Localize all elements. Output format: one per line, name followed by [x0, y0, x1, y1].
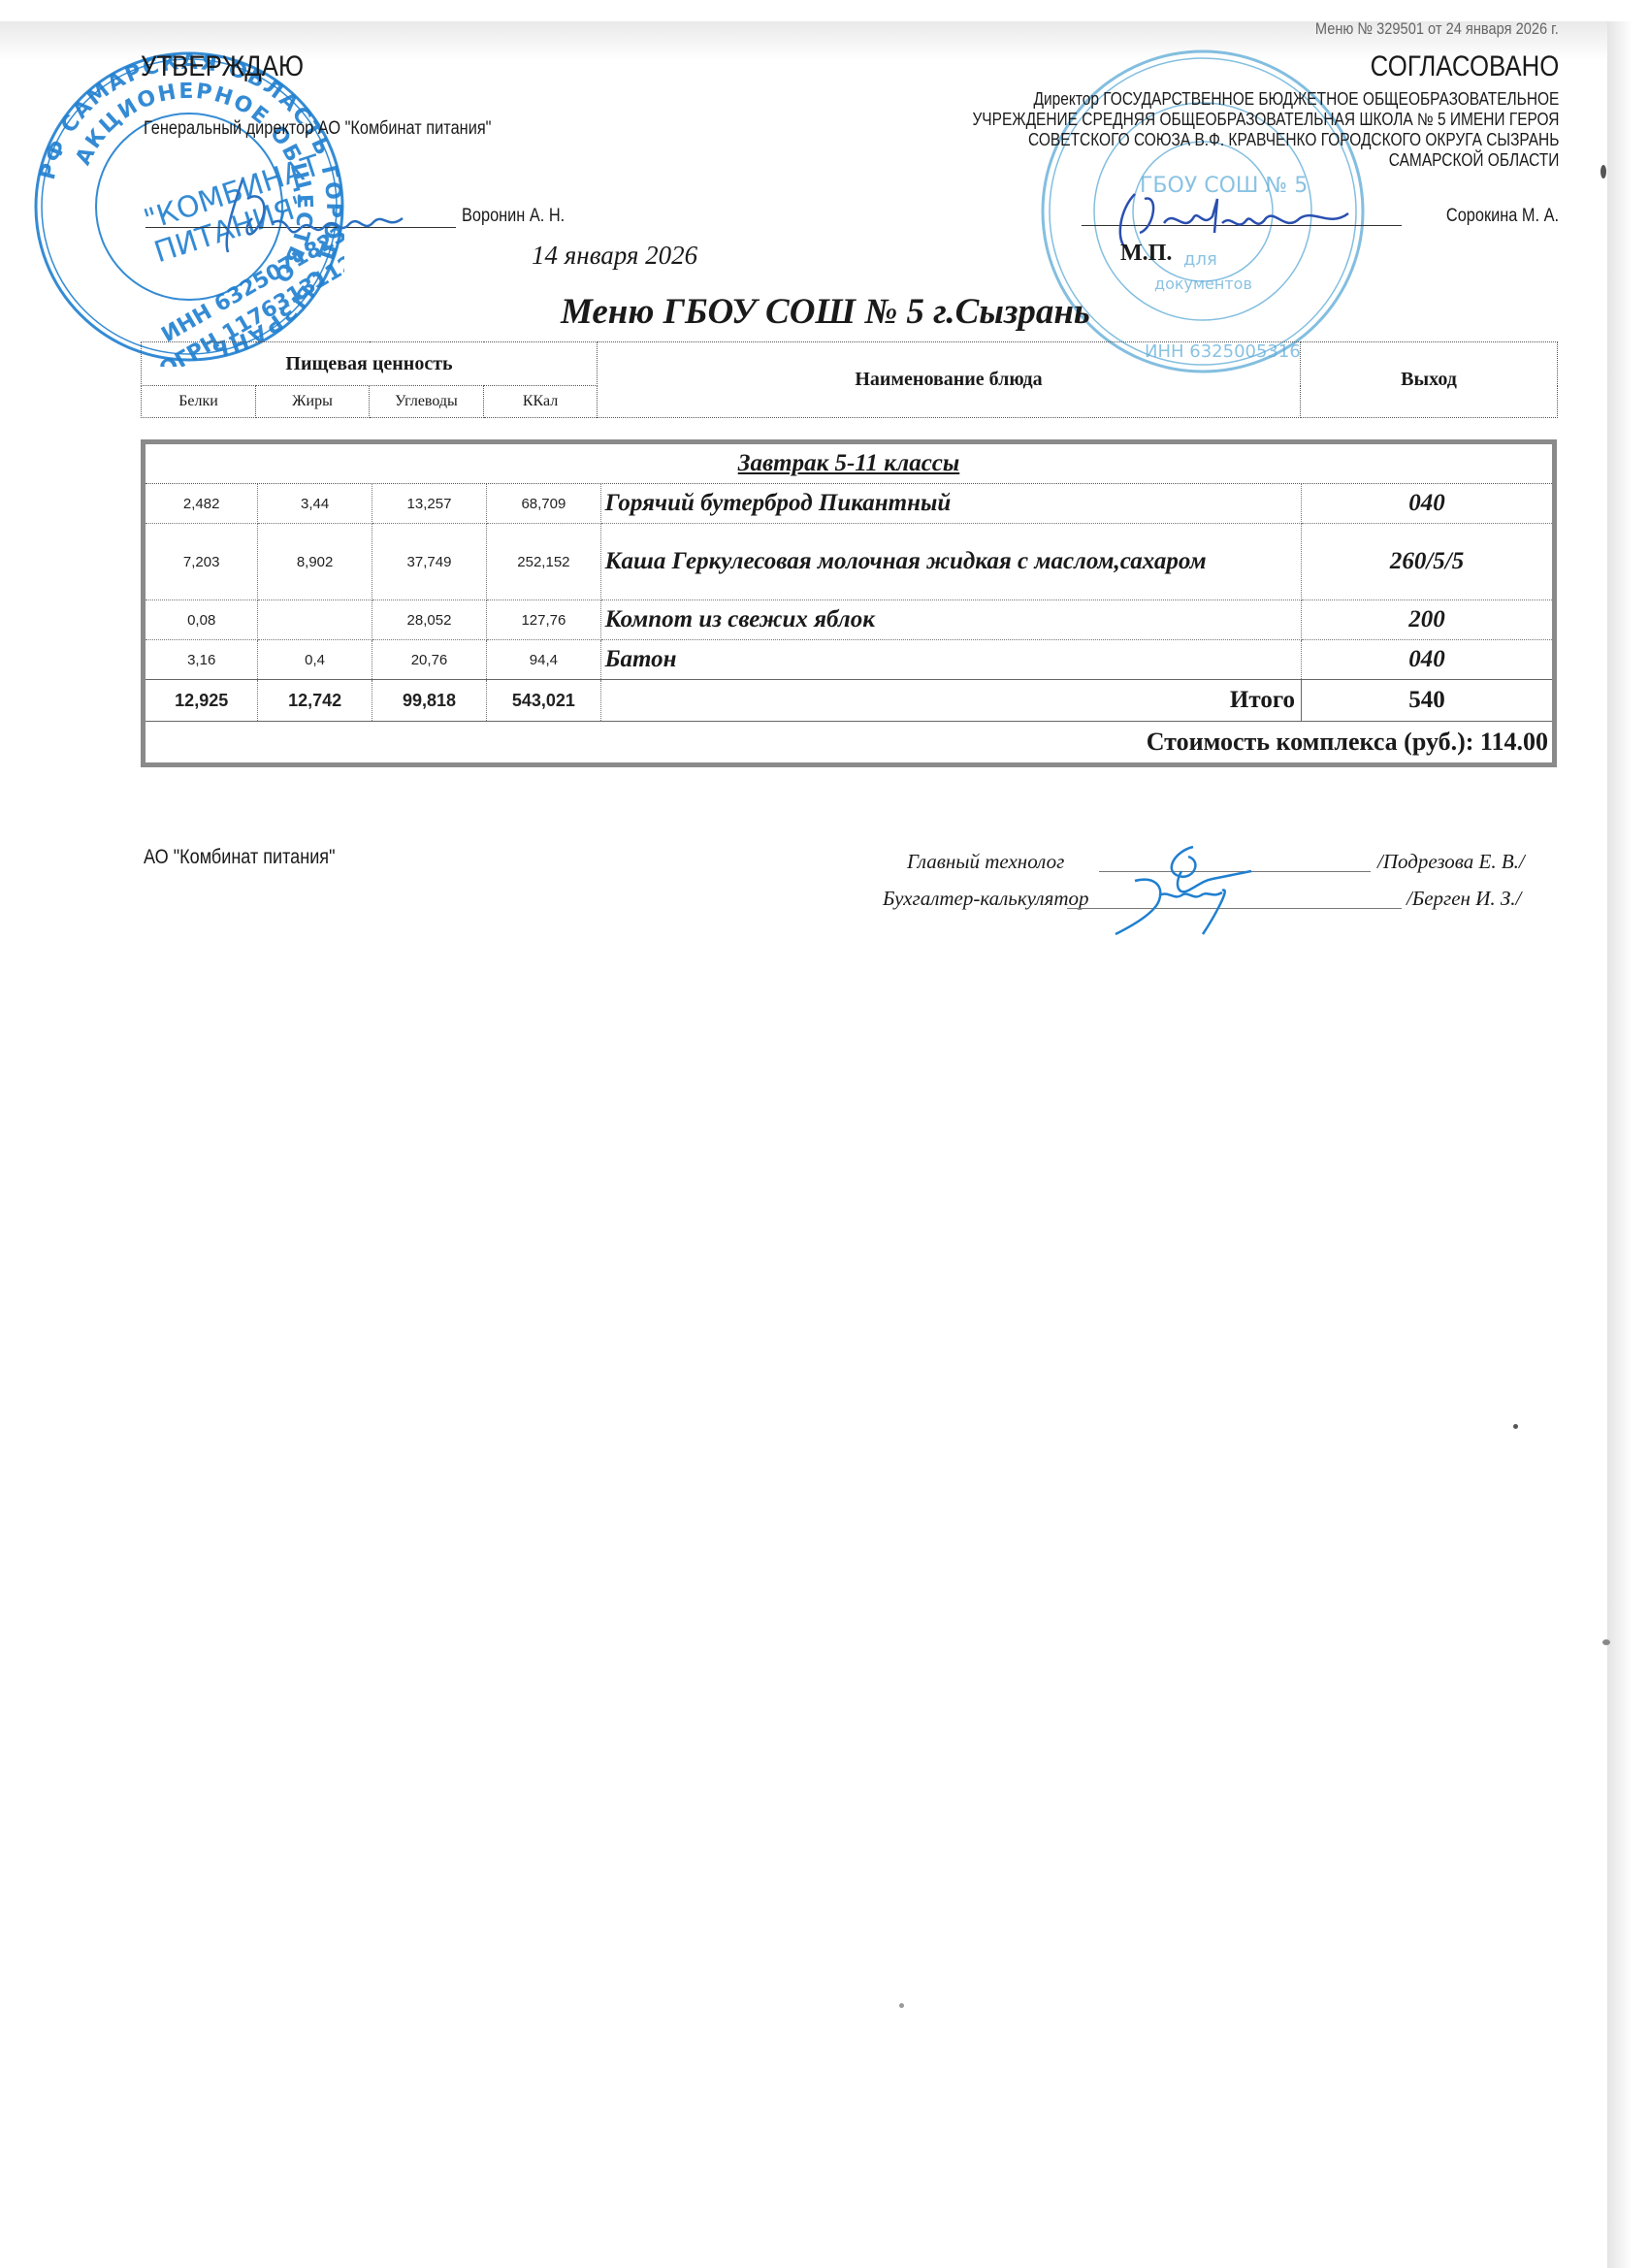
meal-section-title: Завтрак 5-11 классы [144, 442, 1555, 484]
dish-output: 040 [1302, 640, 1555, 680]
approve-name: Воронин А. Н. [462, 206, 565, 227]
accountant-signature-line [1067, 908, 1402, 909]
approve-date: 14 января 2026 [532, 241, 697, 271]
dish-output: 260/5/5 [1302, 524, 1555, 600]
table-row: 7,203 8,902 37,749 252,152 Каша Геркулес… [144, 524, 1555, 600]
footer-organization: АО "Комбинат питания" [144, 846, 335, 869]
chief-technologist-signature-line [1099, 871, 1371, 872]
nutrition-group-header: Пищевая ценность [142, 342, 598, 386]
dish-name: Компот из свежих яблок [600, 600, 1301, 640]
table-row: 0,08 28,052 127,76 Компот из свежих ябло… [144, 600, 1555, 640]
scan-speck [1513, 1424, 1518, 1429]
total-output: 540 [1302, 680, 1555, 722]
scan-speck [1602, 1639, 1610, 1645]
approve-position: Генеральный директор АО "Комбинат питани… [144, 118, 491, 140]
total-label: Итого [600, 680, 1301, 722]
scan-speck [899, 2003, 904, 2008]
kcal-header: ККал [484, 386, 598, 418]
total-row: 12,925 12,742 99,818 543,021 Итого 540 [144, 680, 1555, 722]
agree-heading: СОГЛАСОВАНО [1370, 50, 1559, 83]
chief-technologist-label: Главный технолог [907, 850, 1064, 874]
document-title: Меню ГБОУ СОШ № 5 г.Сызрань [561, 291, 1090, 333]
dish-header: Наименование блюда [598, 342, 1301, 418]
dish-name: Горячий бутерброд Пикантный [600, 484, 1301, 524]
dish-name: Каша Геркулесовая молочная жидкая с масл… [600, 524, 1301, 600]
dish-output: 200 [1302, 600, 1555, 640]
approve-signature-line [145, 227, 456, 228]
seal-mark: М.П. [1120, 241, 1172, 267]
set-cost: Стоимость комплекса (руб.): 114.00 [144, 722, 1555, 765]
accountant-label: Бухгалтер-калькулятор [883, 887, 1089, 911]
carbs-header: Углеводы [370, 386, 484, 418]
fat-header: Жиры [256, 386, 370, 418]
agree-position: Директор ГОСУДАРСТВЕННОЕ БЮДЖЕТНОЕ ОБЩЕО… [972, 89, 1559, 171]
dish-output: 040 [1302, 484, 1555, 524]
table-row: 2,482 3,44 13,257 68,709 Горячий бутербр… [144, 484, 1555, 524]
nutrition-header-table: Пищевая ценность Наименование блюда Выхо… [141, 341, 1558, 418]
menu-number: Меню № 329501 от 24 января 2026 г. [1315, 19, 1559, 39]
table-row: 3,16 0,4 20,76 94,4 Батон 040 [144, 640, 1555, 680]
accountant-name: /Берген И. З./ [1406, 887, 1521, 911]
chief-technologist-name: /Подрезова Е. В./ [1377, 850, 1525, 874]
scan-speck [1600, 165, 1606, 178]
agree-signature-line [1082, 225, 1402, 226]
dish-name: Батон [600, 640, 1301, 680]
output-header: Выход [1301, 342, 1558, 418]
agree-name: Сорокина М. А. [1446, 206, 1559, 227]
scan-shadow-right [1607, 21, 1649, 2268]
protein-header: Белки [142, 386, 256, 418]
menu-table: Завтрак 5-11 классы 2,482 3,44 13,257 68… [141, 439, 1557, 767]
approve-heading: УТВЕРЖДАЮ [141, 50, 304, 83]
